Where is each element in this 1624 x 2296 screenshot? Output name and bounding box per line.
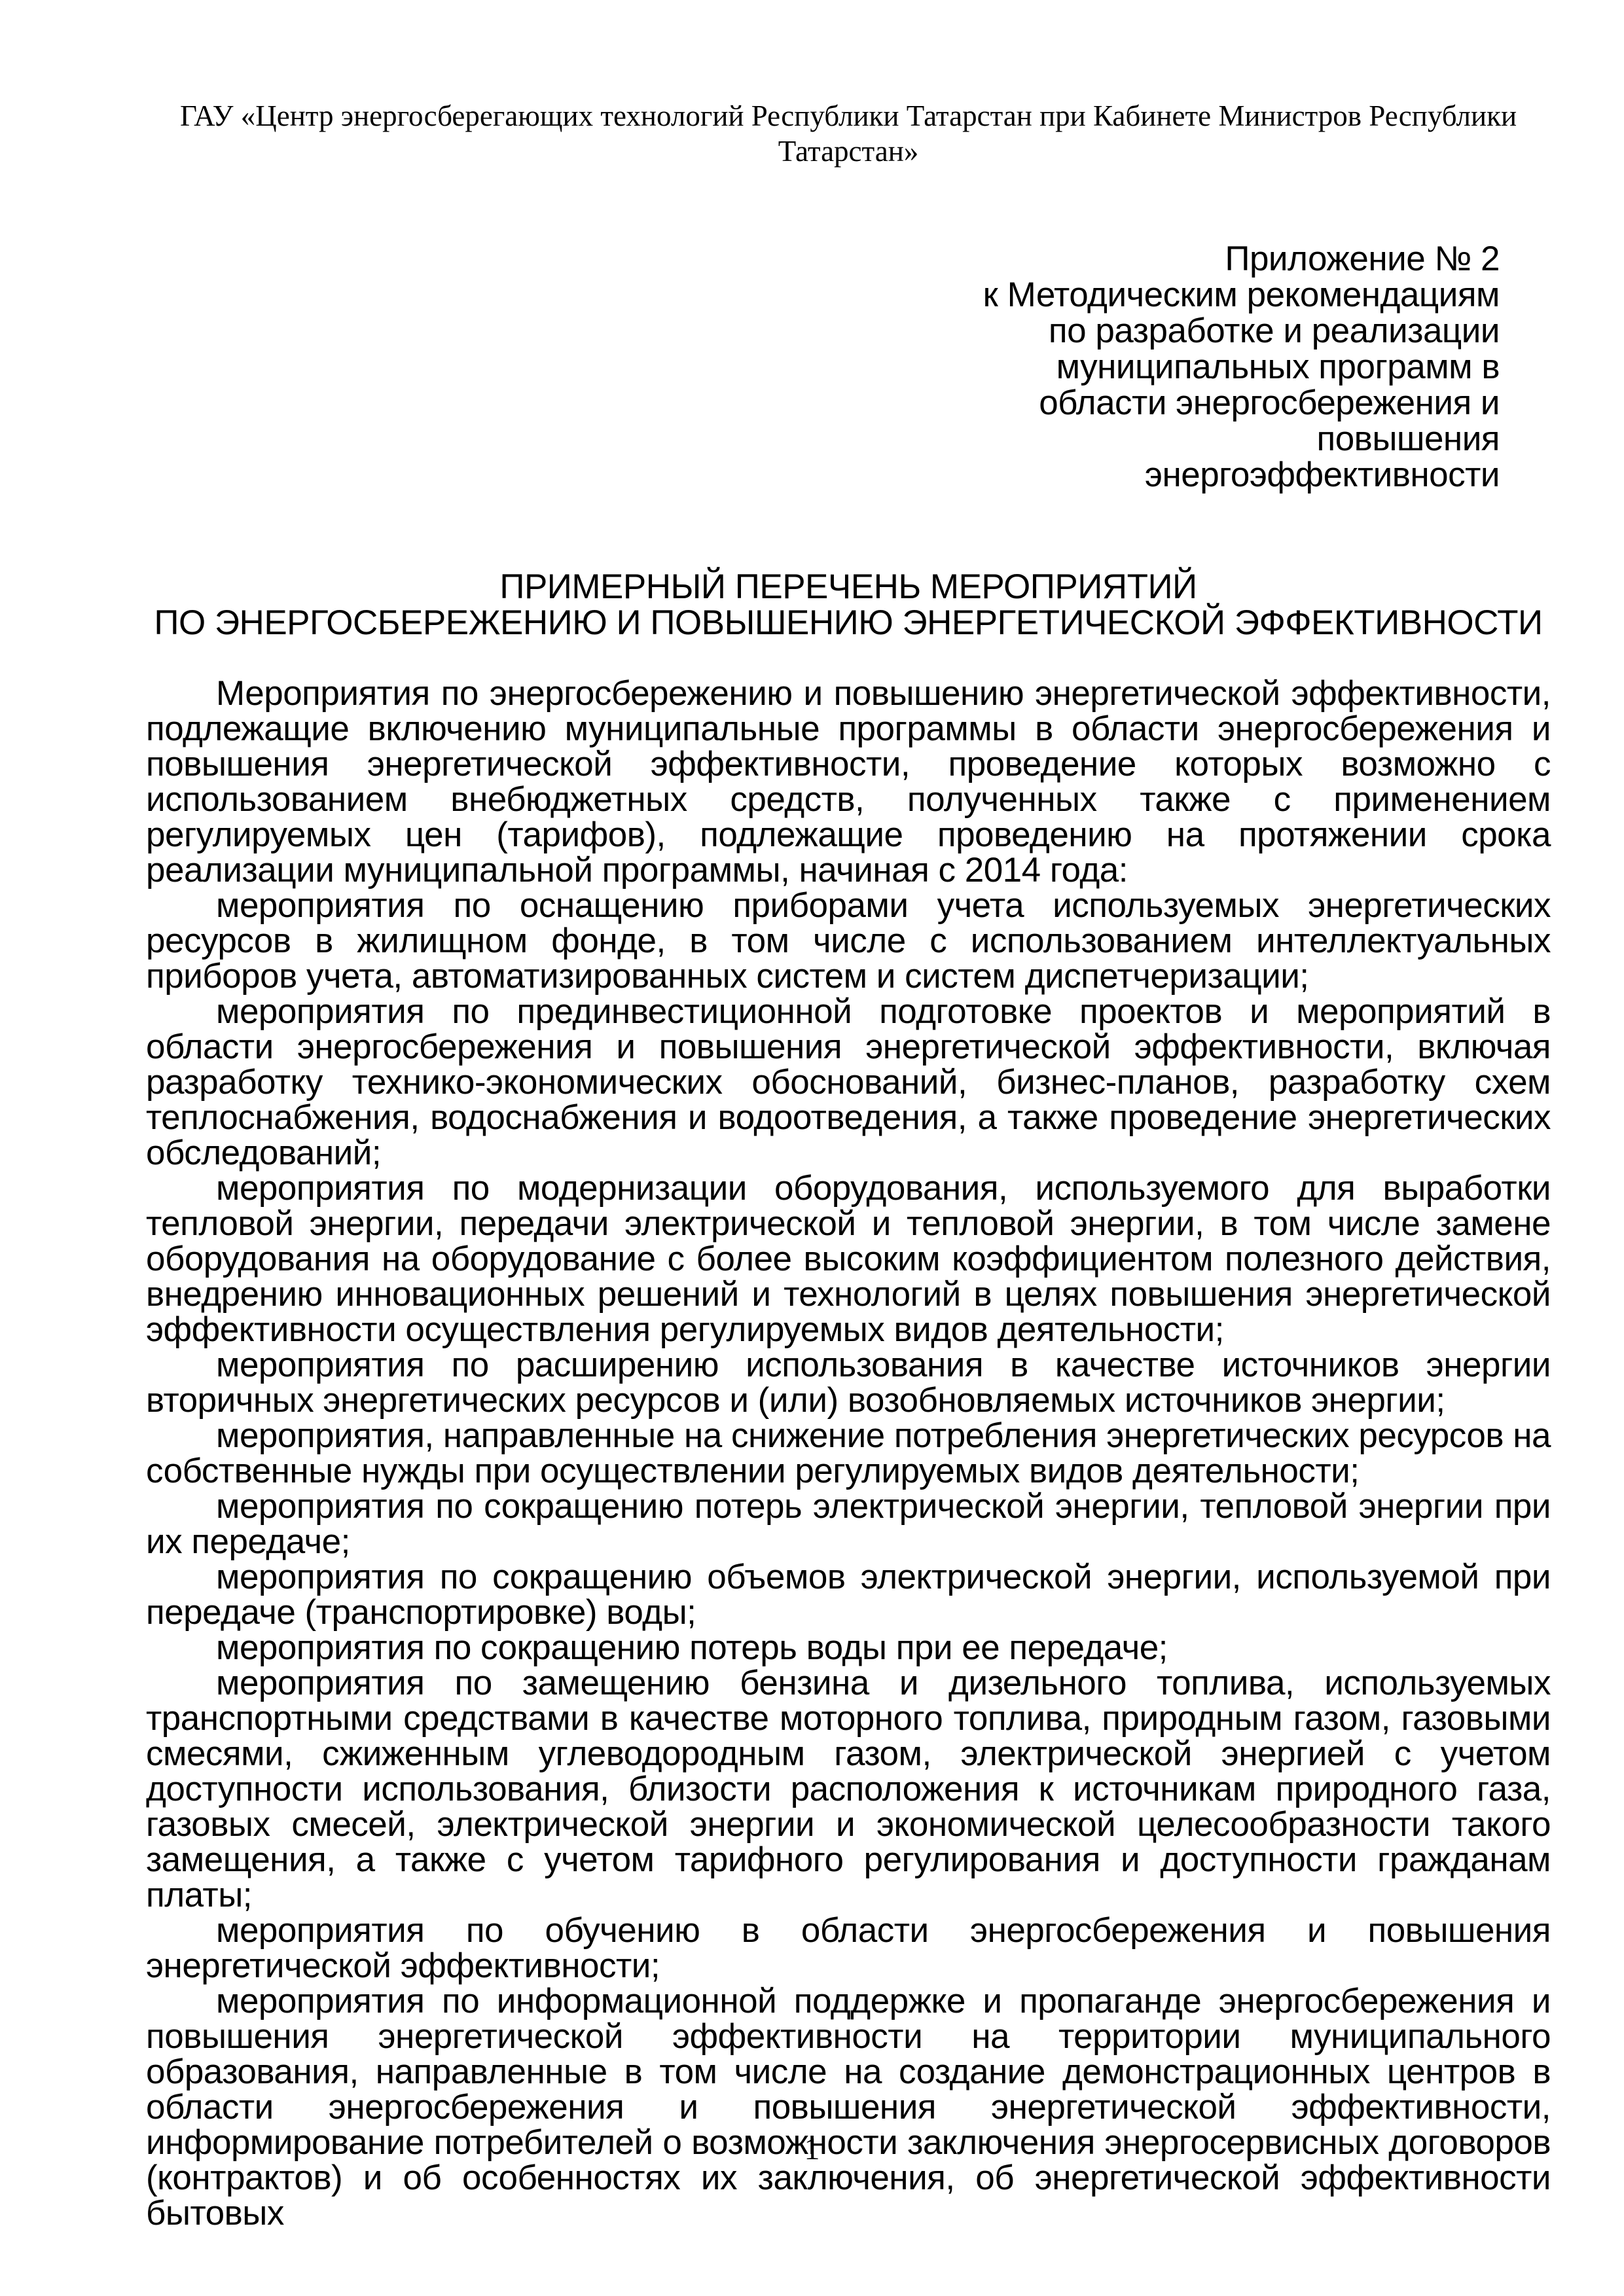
body-paragraph: мероприятия по информационной поддержке … — [146, 1984, 1551, 2231]
organization-header: ГАУ «Центр энергосберегающих технологий … — [146, 98, 1551, 169]
body-paragraph: мероприятия по сокращению объемов электр… — [146, 1560, 1551, 1630]
document-title-line-2: ПО ЭНЕРГОСБЕРЕЖЕНИЮ И ПОВЫШЕНИЮ ЭНЕРГЕТИ… — [146, 605, 1551, 641]
body-paragraph: мероприятия по сокращению потерь воды пр… — [146, 1630, 1551, 1666]
document-title: ПРИМЕРНЫЙ ПЕРЕЧЕНЬ МЕРОПРИЯТИЙ ПО ЭНЕРГО… — [146, 569, 1551, 641]
appendix-line: энергоэффективности — [146, 457, 1500, 493]
appendix-block: Приложение № 2 к Методическим рекомендац… — [146, 241, 1551, 493]
body-paragraph: мероприятия по модернизации оборудования… — [146, 1171, 1551, 1348]
document-title-line-1: ПРИМЕРНЫЙ ПЕРЕЧЕНЬ МЕРОПРИЯТИЙ — [146, 569, 1551, 605]
document-page: ГАУ «Центр энергосберегающих технологий … — [0, 0, 1624, 2296]
appendix-line: области энергосбережения и — [146, 385, 1500, 421]
appendix-line: по разработке и реализации — [146, 313, 1500, 349]
body-paragraph: мероприятия по прединвестиционной подгот… — [146, 994, 1551, 1171]
appendix-line: Приложение № 2 — [146, 241, 1500, 277]
appendix-line: муниципальных программ в — [146, 349, 1500, 385]
body-paragraph: мероприятия по оснащению приборами учета… — [146, 888, 1551, 994]
body-paragraph: мероприятия по расширению использования … — [146, 1348, 1551, 1418]
page-number: 1 — [0, 2134, 1624, 2165]
body-paragraph: Мероприятия по энергосбережению и повыше… — [146, 676, 1551, 888]
body-paragraph: мероприятия по обучению в области энерго… — [146, 1913, 1551, 1984]
appendix-line: повышения — [146, 421, 1500, 457]
body-paragraph: мероприятия, направленные на снижение по… — [146, 1418, 1551, 1489]
document-body: Мероприятия по энергосбережению и повыше… — [146, 676, 1551, 2231]
body-paragraph: мероприятия по сокращению потерь электри… — [146, 1489, 1551, 1560]
appendix-line: к Методическим рекомендациям — [146, 277, 1500, 313]
body-paragraph: мероприятия по замещению бензина и дизел… — [146, 1666, 1551, 1913]
